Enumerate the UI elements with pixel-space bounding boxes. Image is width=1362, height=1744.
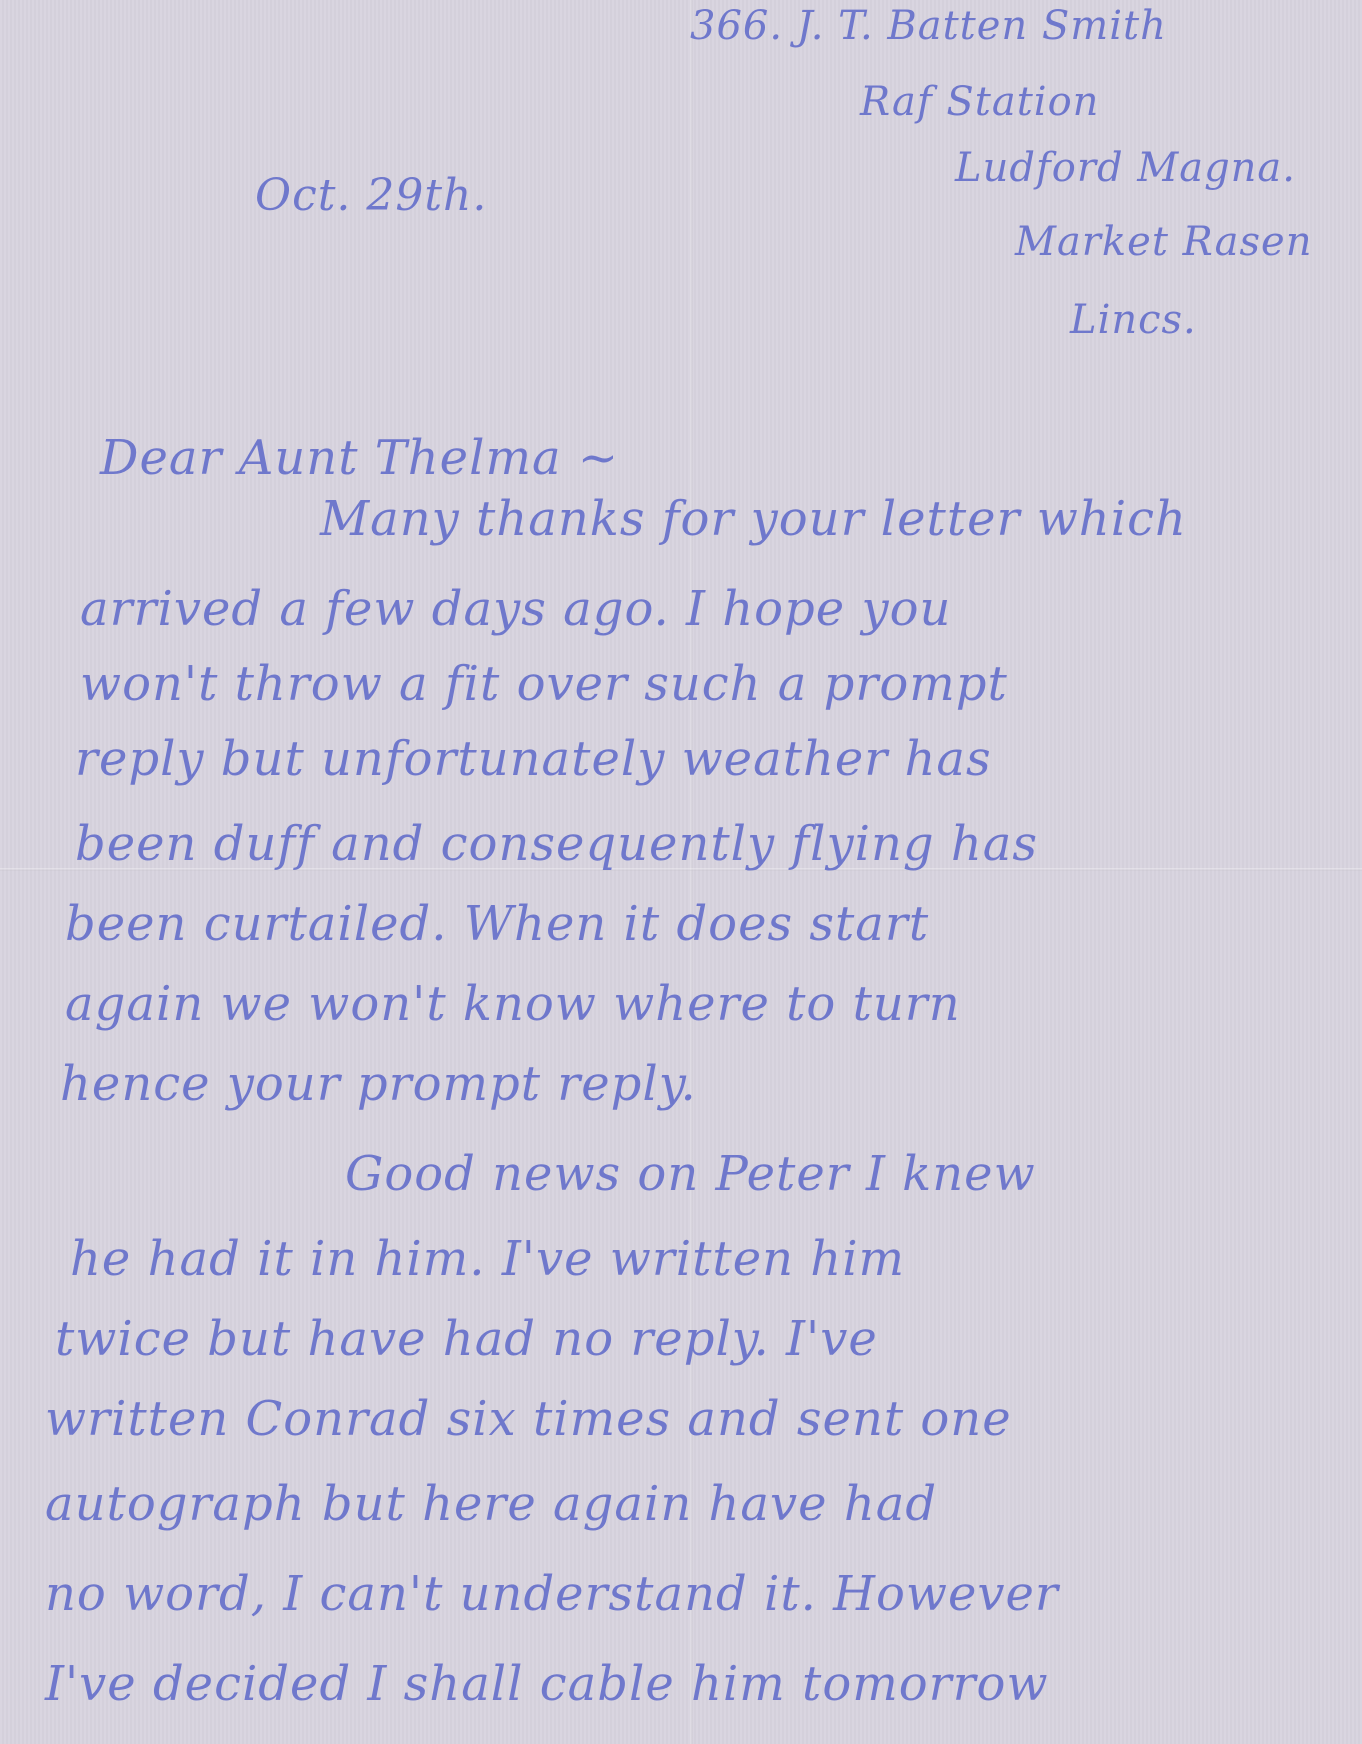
address-line-county: Lincs. — [1070, 300, 1197, 340]
body-line: been curtailed. When it does start — [65, 900, 929, 948]
body-line: I've decided I shall cable him tomorrow — [45, 1660, 1049, 1708]
body-line: been duff and consequently flying has — [75, 820, 1038, 868]
body-line: arrived a few days ago. I hope you — [80, 585, 951, 633]
body-line: written Conrad six times and sent one — [45, 1395, 1012, 1443]
address-line-name: 366. J. T. Batten Smith — [690, 6, 1167, 46]
salutation: Dear Aunt Thelma ~ — [100, 430, 619, 486]
body-line: again we won't know where to turn — [65, 980, 961, 1028]
body-line: twice but have had no reply. I've — [55, 1315, 878, 1363]
address-line-town: Market Rasen — [1015, 222, 1312, 262]
body-line: hence your prompt reply. — [60, 1060, 697, 1108]
letter-date: Oct. 29th. — [255, 170, 487, 221]
body-line: Good news on Peter I knew — [345, 1150, 1036, 1198]
address-line-village: Ludford Magna. — [955, 148, 1296, 188]
address-line-station: Raf Station — [860, 82, 1099, 122]
letter-page: 366. J. T. Batten Smith Raf Station Ludf… — [0, 0, 1362, 1744]
body-line: no word, I can't understand it. However — [45, 1570, 1059, 1618]
body-line: reply but unfortunately weather has — [75, 735, 992, 783]
body-line: autograph but here again have had — [45, 1480, 937, 1528]
body-line: Many thanks for your letter which — [320, 495, 1187, 543]
body-line: he had it in him. I've written him — [70, 1235, 905, 1283]
body-line: won't throw a fit over such a prompt — [80, 660, 1008, 708]
